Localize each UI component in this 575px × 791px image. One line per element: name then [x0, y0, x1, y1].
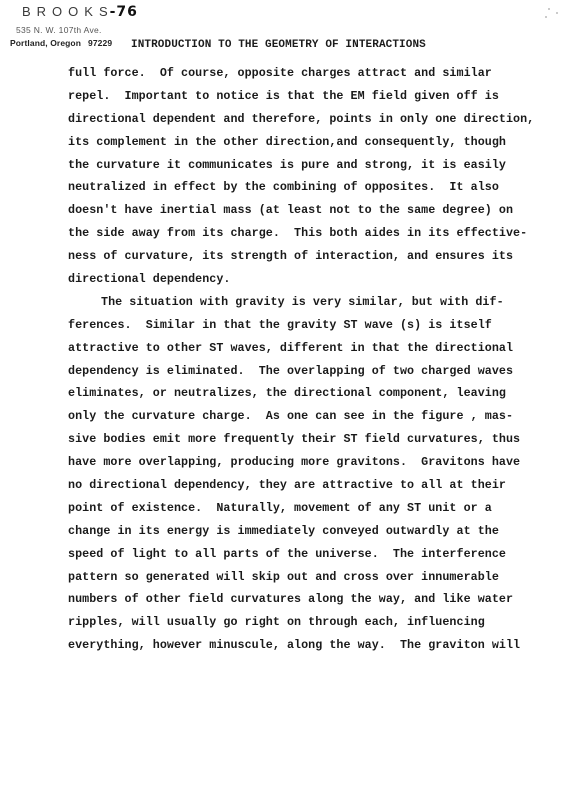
text-line: directional dependent and therefore, poi…	[68, 108, 538, 131]
text-line: neutralized in effect by the combining o…	[68, 176, 538, 199]
scan-speck	[548, 8, 550, 10]
text-line: attractive to other ST waves, different …	[68, 337, 538, 360]
stamp-city-line: Portland, Oregon97229	[10, 38, 112, 48]
text-line: point of existence. Naturally, movement …	[68, 497, 538, 520]
page-title: INTRODUCTION TO THE GEOMETRY OF INTERACT…	[131, 39, 426, 51]
text-line: change in its energy is immediately conv…	[68, 520, 538, 543]
text-line: its complement in the other direction,an…	[68, 131, 538, 154]
text-line: the curvature it communicates is pure an…	[68, 154, 538, 177]
stamp-zip: 97229	[88, 38, 112, 48]
text-line: speed of light to all parts of the unive…	[68, 543, 538, 566]
text-line: everything, however minuscule, along the…	[68, 634, 538, 657]
text-line: sive bodies emit more frequently their S…	[68, 428, 538, 451]
stamp-name-text: BROOKS	[22, 4, 114, 19]
text-line: the side away from its charge. This both…	[68, 222, 538, 245]
scan-speck	[556, 12, 558, 14]
text-line: dependency is eliminated. The overlappin…	[68, 360, 538, 383]
text-line: ripples, will usually go right on throug…	[68, 611, 538, 634]
text-line: repel. Important to notice is that the E…	[68, 85, 538, 108]
stamp-number: -76	[110, 4, 138, 20]
stamp-address: 535 N. W. 107th Ave.	[16, 25, 102, 35]
text-line: only the curvature charge. As one can se…	[68, 405, 538, 428]
text-line: no directional dependency, they are attr…	[68, 474, 538, 497]
text-line: full force. Of course, opposite charges …	[68, 62, 538, 85]
document-page: BROOKS-76 535 N. W. 107th Ave. Portland,…	[0, 0, 575, 791]
scan-speck	[545, 16, 547, 18]
stamp-name: BROOKS-76	[22, 4, 138, 20]
text-line: ferences. Similar in that the gravity ST…	[68, 314, 538, 337]
stamp-city: Portland, Oregon	[10, 38, 81, 48]
text-line: ness of curvature, its strength of inter…	[68, 245, 538, 268]
text-line: numbers of other field curvatures along …	[68, 588, 538, 611]
text-line: eliminates, or neutralizes, the directio…	[68, 382, 538, 405]
body-text: full force. Of course, opposite charges …	[68, 62, 538, 657]
text-line: directional dependency.	[68, 268, 538, 291]
text-line: doesn't have inertial mass (at least not…	[68, 199, 538, 222]
text-line: have more overlapping, producing more gr…	[68, 451, 538, 474]
text-line: pattern so generated will skip out and c…	[68, 566, 538, 589]
text-line: The situation with gravity is very simil…	[68, 291, 538, 314]
